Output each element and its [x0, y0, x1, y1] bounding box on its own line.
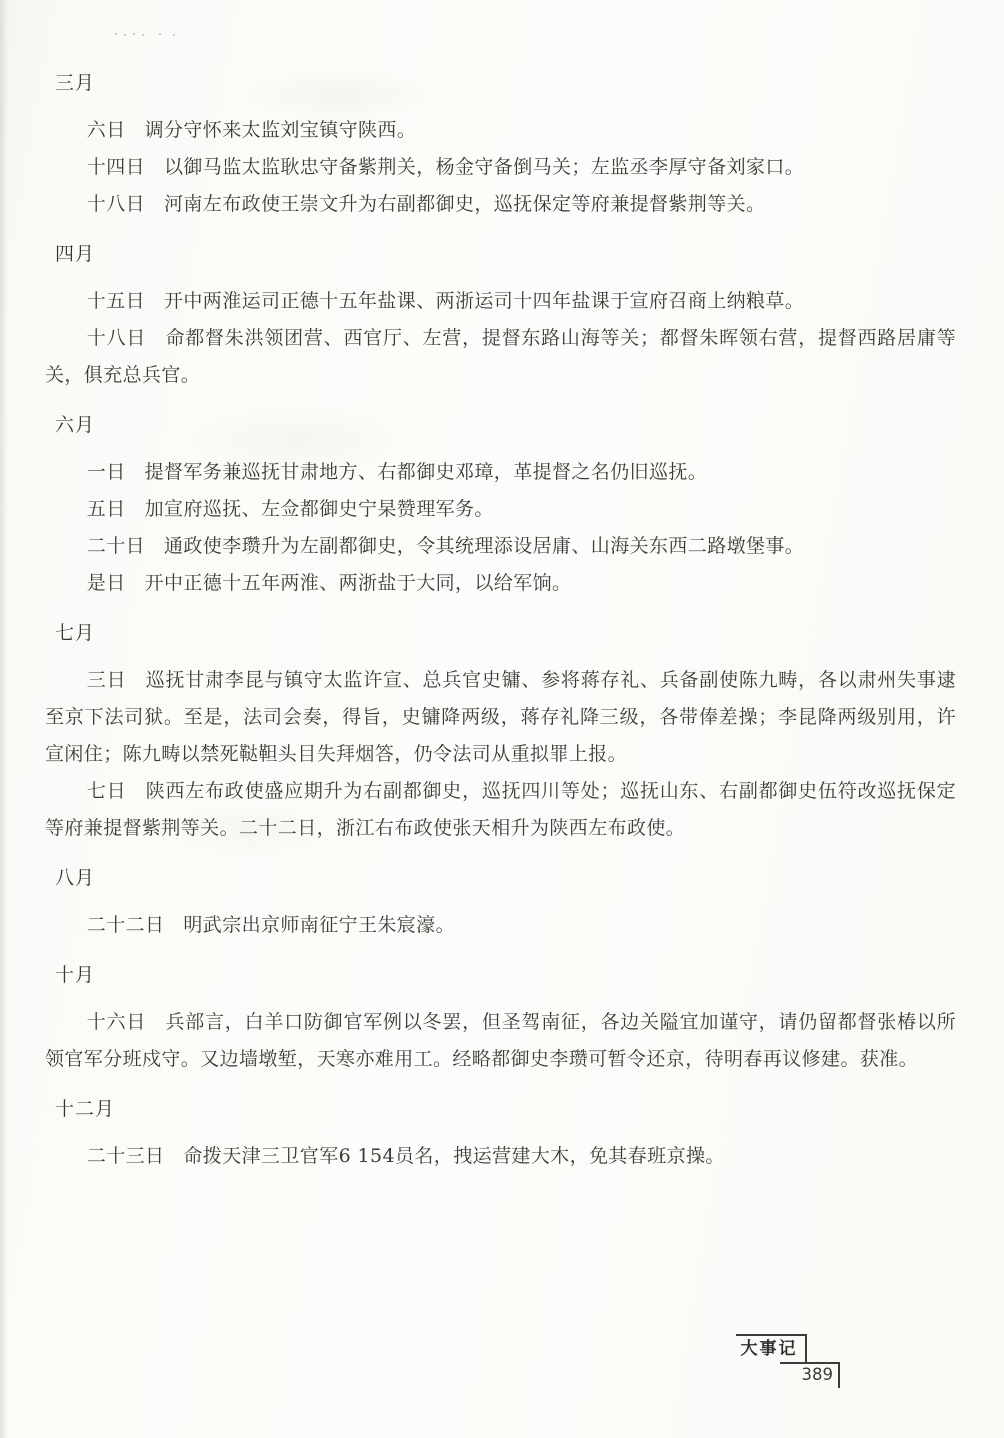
- entry-text: 明武宗出京师南征宁王朱宸濠。: [183, 914, 455, 936]
- entry-date: 十六日: [87, 1011, 146, 1033]
- month-heading: 八月: [55, 867, 956, 890]
- chronicle-entry: 十四日以御马监太监耿忠守备紫荆关，杨金守备倒马关；左监丞李厚守备刘家口。: [45, 149, 956, 186]
- scan-speck-marks: [115, 33, 117, 35]
- entry-date: 十五日: [87, 290, 145, 312]
- month-section: 十二月二十三日命拨天津三卫官军6 154员名，拽运营建大木，免其春班京操。: [45, 1098, 956, 1175]
- month-section: 四月十五日开中两淮运司正德十五年盐课、两浙运司十四年盐课于宣府召商上纳粮草。十八…: [45, 243, 956, 394]
- chronicle-entry: 二十日通政使李瓒升为左副都御史，令其统理添设居庸、山海关东西二路墩堡事。: [45, 528, 956, 565]
- entry-text: 加宣府巡抚、左佥都御史宁杲赞理军务。: [145, 498, 494, 520]
- month-heading: 三月: [55, 72, 956, 95]
- entry-date: 十八日: [87, 193, 145, 215]
- month-heading: 六月: [55, 414, 956, 437]
- month-heading: 七月: [55, 622, 956, 645]
- entry-text: 命拨天津三卫官军6 154员名，拽运营建大木，免其春班京操。: [183, 1145, 724, 1167]
- chronicle-entry: 十八日河南左布政使王崇文升为右副都御史，巡抚保定等府兼提督紫荆等关。: [45, 186, 956, 223]
- chronicle-entry: 七日陕西左布政使盛应期升为右副都御史，巡抚四川等处；巡抚山东、右副都御史伍符改巡…: [45, 773, 956, 847]
- entry-text: 河南左布政使王崇文升为右副都御史，巡抚保定等府兼提督紫荆等关。: [164, 193, 765, 215]
- entry-date: 二十二日: [87, 914, 165, 936]
- entry-date: 二十三日: [87, 1145, 165, 1167]
- entry-text: 陕西左布政使盛应期升为右副都御史，巡抚四川等处；巡抚山东、右副都御史伍符改巡抚保…: [45, 780, 956, 839]
- entry-date: 五日: [87, 498, 126, 520]
- chronicle-entry: 十六日兵部言，白羊口防御官军例以冬罢，但圣驾南征，各边关隘宜加谨守，请仍留都督张…: [45, 1004, 956, 1078]
- entry-date: 七日: [87, 780, 127, 802]
- month-heading: 十月: [55, 964, 956, 987]
- entry-text: 以御马监太监耿忠守备紫荆关，杨金守备倒马关；左监丞李厚守备刘家口。: [164, 156, 804, 178]
- chronicle-entry: 五日加宣府巡抚、左佥都御史宁杲赞理军务。: [45, 491, 956, 528]
- scanned-book-page: { "page": { "colors": { "paper": "#fcfcf…: [0, 0, 1004, 1438]
- entry-date: 三日: [87, 669, 127, 691]
- entry-date: 十四日: [87, 156, 145, 178]
- month-section: 三月六日调分守怀来太监刘宝镇守陕西。十四日以御马监太监耿忠守备紫荆关，杨金守备倒…: [45, 72, 956, 223]
- chronicle-entry: 十五日开中两淮运司正德十五年盐课、两浙运司十四年盐课于宣府召商上纳粮草。: [45, 283, 956, 320]
- month-section: 八月二十二日明武宗出京师南征宁王朱宸濠。: [45, 867, 956, 944]
- month-section: 六月一日提督军务兼巡抚甘肃地方、右都御史邓璋，革提督之名仍旧巡抚。五日加宣府巡抚…: [45, 414, 956, 602]
- month-heading: 十二月: [55, 1098, 956, 1121]
- month-section: 十月十六日兵部言，白羊口防御官军例以冬罢，但圣驾南征，各边关隘宜加谨守，请仍留都…: [45, 964, 956, 1078]
- entry-date: 十八日: [87, 327, 146, 349]
- scan-edge-shadow: [0, 0, 8, 1438]
- footer-section-label: 大事记: [736, 1334, 807, 1364]
- entry-text: 巡抚甘肃李昆与镇守太监许宣、总兵官史镛、参将蒋存礼、兵备副使陈九畴，各以肃州失事…: [45, 669, 956, 765]
- entry-text: 开中两淮运司正德十五年盐课、两浙运司十四年盐课于宣府召商上纳粮草。: [164, 290, 804, 312]
- page-footer: 大事记 389: [736, 1334, 841, 1388]
- page-number: 389: [780, 1362, 841, 1388]
- entry-date: 二十日: [87, 535, 145, 557]
- entry-text: 通政使李瓒升为左副都御史，令其统理添设居庸、山海关东西二路墩堡事。: [164, 535, 804, 557]
- entry-date: 一日: [87, 461, 126, 483]
- chronicle-entry: 二十二日明武宗出京师南征宁王朱宸濠。: [45, 907, 956, 944]
- month-heading: 四月: [55, 243, 956, 266]
- entry-date: 六日: [87, 119, 126, 141]
- chronicle-entry: 三日巡抚甘肃李昆与镇守太监许宣、总兵官史镛、参将蒋存礼、兵备副使陈九畴，各以肃州…: [45, 662, 956, 773]
- entry-text: 提督军务兼巡抚甘肃地方、右都御史邓璋，革提督之名仍旧巡抚。: [145, 461, 708, 483]
- chronicle-entry: 一日提督军务兼巡抚甘肃地方、右都御史邓璋，革提督之名仍旧巡抚。: [45, 454, 956, 491]
- entry-text: 调分守怀来太监刘宝镇守陕西。: [145, 119, 417, 141]
- entry-text: 开中正德十五年两淮、两浙盐于大同，以给军饷。: [145, 572, 572, 594]
- chronicle-entry: 是日开中正德十五年两淮、两浙盐于大同，以给军饷。: [45, 565, 956, 602]
- entry-text: 兵部言，白羊口防御官军例以冬罢，但圣驾南征，各边关隘宜加谨守，请仍留都督张椿以所…: [45, 1011, 956, 1070]
- chronicle-entry: 十八日命都督朱洪领团营、西官厅、左营，提督东路山海等关；都督朱晖领右营，提督西路…: [45, 320, 956, 394]
- month-section: 七月三日巡抚甘肃李昆与镇守太监许宣、总兵官史镛、参将蒋存礼、兵备副使陈九畴，各以…: [45, 622, 956, 847]
- page-content: 三月六日调分守怀来太监刘宝镇守陕西。十四日以御马监太监耿忠守备紫荆关，杨金守备倒…: [45, 72, 956, 1195]
- chronicle-entry: 六日调分守怀来太监刘宝镇守陕西。: [45, 112, 956, 149]
- entry-date: 是日: [87, 572, 126, 594]
- chronicle-entry: 二十三日命拨天津三卫官军6 154员名，拽运营建大木，免其春班京操。: [45, 1138, 956, 1175]
- entry-text: 命都督朱洪领团营、西官厅、左营，提督东路山海等关；都督朱晖领右营，提督西路居庸等…: [45, 327, 956, 386]
